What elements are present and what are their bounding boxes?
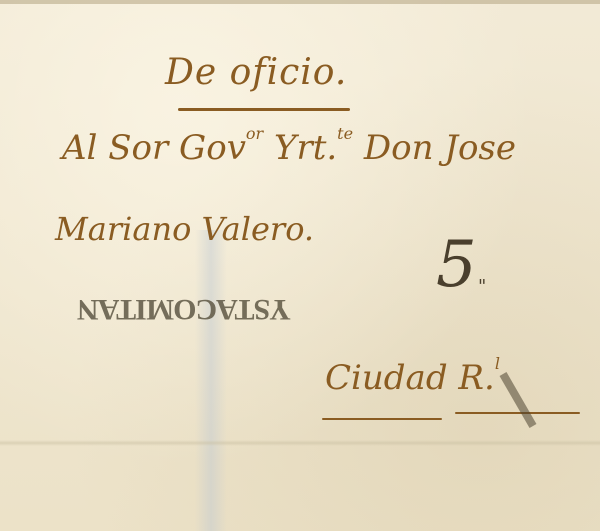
rate-marking-suffix: " [478, 276, 486, 297]
address-mid: Yrt. [263, 128, 337, 168]
top-edge [0, 0, 600, 4]
destination-underline-1 [322, 418, 442, 420]
address-line-2: Mariano Valero. [55, 210, 314, 248]
address-sup-2: te [337, 124, 353, 143]
letter-cover: De oficio. Al Sor Govor Yrt.te Don Jose … [0, 0, 600, 531]
destination: Ciudad R.l [325, 358, 500, 398]
rate-marking: 5 [436, 228, 477, 302]
horizontal-fold-line [0, 440, 600, 446]
address-line-1: Al Sor Govor Yrt.te Don Jose [62, 128, 516, 168]
heading-underline-2 [250, 108, 350, 111]
address-prefix: Al Sor Gov [62, 128, 246, 168]
vertical-fold-line [195, 230, 227, 531]
address-sup-1: or [246, 124, 263, 143]
destination-underline-2 [455, 412, 580, 414]
cancel-stroke [500, 372, 537, 428]
address-suffix: Don Jose [353, 128, 516, 168]
destination-sup: l [495, 354, 500, 373]
heading-underline-1 [178, 108, 260, 111]
postmark-stamp: YSTACOMITAN [78, 292, 291, 326]
destination-text: Ciudad R. [325, 358, 495, 398]
heading-de-oficio: De oficio. [165, 52, 347, 93]
